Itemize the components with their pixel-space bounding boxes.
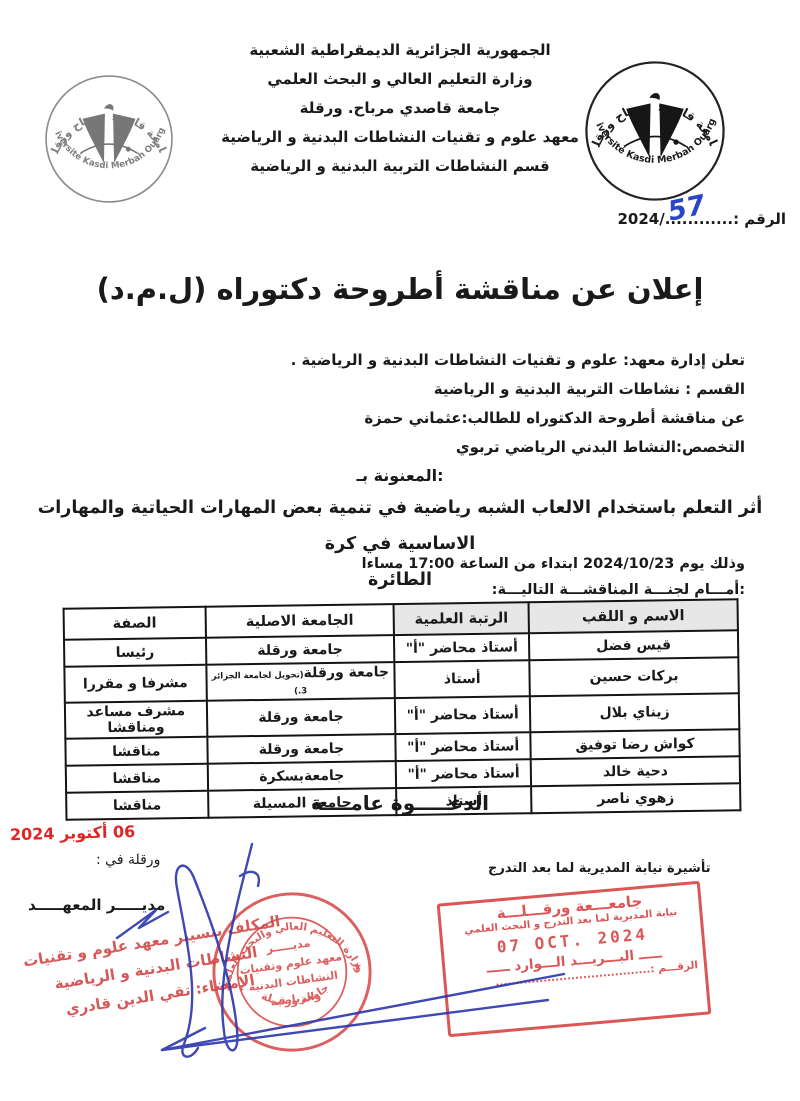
letterhead-republic: الجمهورية الجزائرية الديمقراطية الشعبية bbox=[120, 36, 680, 65]
member-name: قيس فضل bbox=[529, 630, 738, 660]
member-university: جامعة ورقلة bbox=[206, 635, 395, 665]
announcement-body: تعلن إدارة معهد: علوم و تقنيات النشاطات … bbox=[40, 346, 745, 462]
director-signature bbox=[112, 816, 590, 1086]
jury-table-wrap: الاسم و اللقب الرتبة العلمية الجامعة الا… bbox=[63, 598, 742, 820]
letterhead: الجمهورية الجزائرية الديمقراطية الشعبية … bbox=[120, 36, 680, 181]
member-role: مناقشا bbox=[66, 764, 208, 793]
entitled-label: :المعنونة بـ bbox=[0, 466, 800, 485]
header-rank: الرتبة العلمية bbox=[394, 602, 529, 635]
member-university: جامعة ورقلة bbox=[206, 698, 395, 737]
committee-heading: :أمـــام لجنـــة المناقشـــة التاليـــة: bbox=[492, 582, 745, 598]
candidate-line: عن مناقشة أطروحة الدكتوراه للطالب:عثماني… bbox=[40, 404, 745, 433]
header-role: الصفة bbox=[64, 607, 206, 640]
institute-line: تعلن إدارة معهد: علوم و تقنيات النشاطات … bbox=[40, 346, 745, 375]
specialty-line: التخصص:النشاط البدني الرياضي تربوي bbox=[40, 433, 745, 462]
department-line: القسم : نشاطات التربية البدنية و الرياضي… bbox=[40, 375, 745, 404]
jury-table: الاسم و اللقب الرتبة العلمية الجامعة الا… bbox=[63, 598, 742, 820]
letterhead-ministry: وزارة التعليم العالي و البحث العلمي bbox=[120, 65, 680, 94]
member-rank: أستاذ محاضر "أ" bbox=[394, 633, 529, 662]
member-name: دحية خالد bbox=[531, 756, 740, 786]
member-university: جامعةبسكرة bbox=[207, 761, 396, 791]
member-role: مشرف مساعد ومناقشا bbox=[65, 701, 207, 739]
letterhead-department: قسم النشاطات التربية البدنية و الرياضية bbox=[120, 152, 680, 181]
member-role: مناقشا bbox=[65, 737, 207, 766]
specialty-value: النشاط البدني الرياضي تربوي bbox=[456, 438, 676, 456]
member-rank: أستاذ محاضر "أ" bbox=[395, 696, 530, 734]
member-university: جامعة ورقلة bbox=[207, 734, 396, 764]
member-university: جامعة ورقلة(تحويل لجامعة الجزائر 3.) bbox=[206, 662, 395, 701]
ref-label: الرقم : bbox=[733, 210, 786, 228]
header-university: الجامعة الاصلية bbox=[205, 604, 394, 638]
member-rank: أستاذ bbox=[395, 660, 530, 698]
ref-year: /2024 bbox=[617, 210, 664, 228]
header-name: الاسم و اللقب bbox=[529, 599, 738, 633]
member-rank: أستاذ محاضر "أ" bbox=[396, 732, 531, 761]
member-name: زيناي بلال bbox=[530, 693, 739, 732]
member-role: مشرفا و مقررا bbox=[64, 665, 206, 703]
scanned-document-page: جامعة قاصدي مرباح ورقلة Université Kasdi… bbox=[0, 0, 800, 1101]
document-title: إعلان عن مناقشة أطروحة دكتوراه (ل.م.د) bbox=[0, 272, 800, 306]
member-role: رئيسا bbox=[64, 638, 206, 667]
letterhead-institute: معهد علوم و تقنيات النشاطات البدنية و ال… bbox=[120, 123, 680, 152]
letterhead-university: جامعة قاصدي مرباح. ورقلة bbox=[120, 94, 680, 123]
member-name: بركات حسين bbox=[529, 657, 738, 696]
specialty-label: التخصص: bbox=[676, 438, 745, 456]
public-invitation: الدعـــــوة عامــــة bbox=[0, 791, 800, 815]
member-name: كواش رضا توفيق bbox=[530, 729, 739, 759]
thesis-title-line1: أثر التعلم باستخدام الالعاب الشبه رياضية… bbox=[20, 490, 780, 562]
university-transfer-note: (تحويل لجامعة الجزائر 3.) bbox=[212, 670, 308, 696]
defense-date-line: وذلك يوم 2024/10/23 ابتداء من الساعة 17:… bbox=[362, 556, 745, 572]
member-rank: أستاذ محاضر "أ" bbox=[396, 759, 531, 788]
